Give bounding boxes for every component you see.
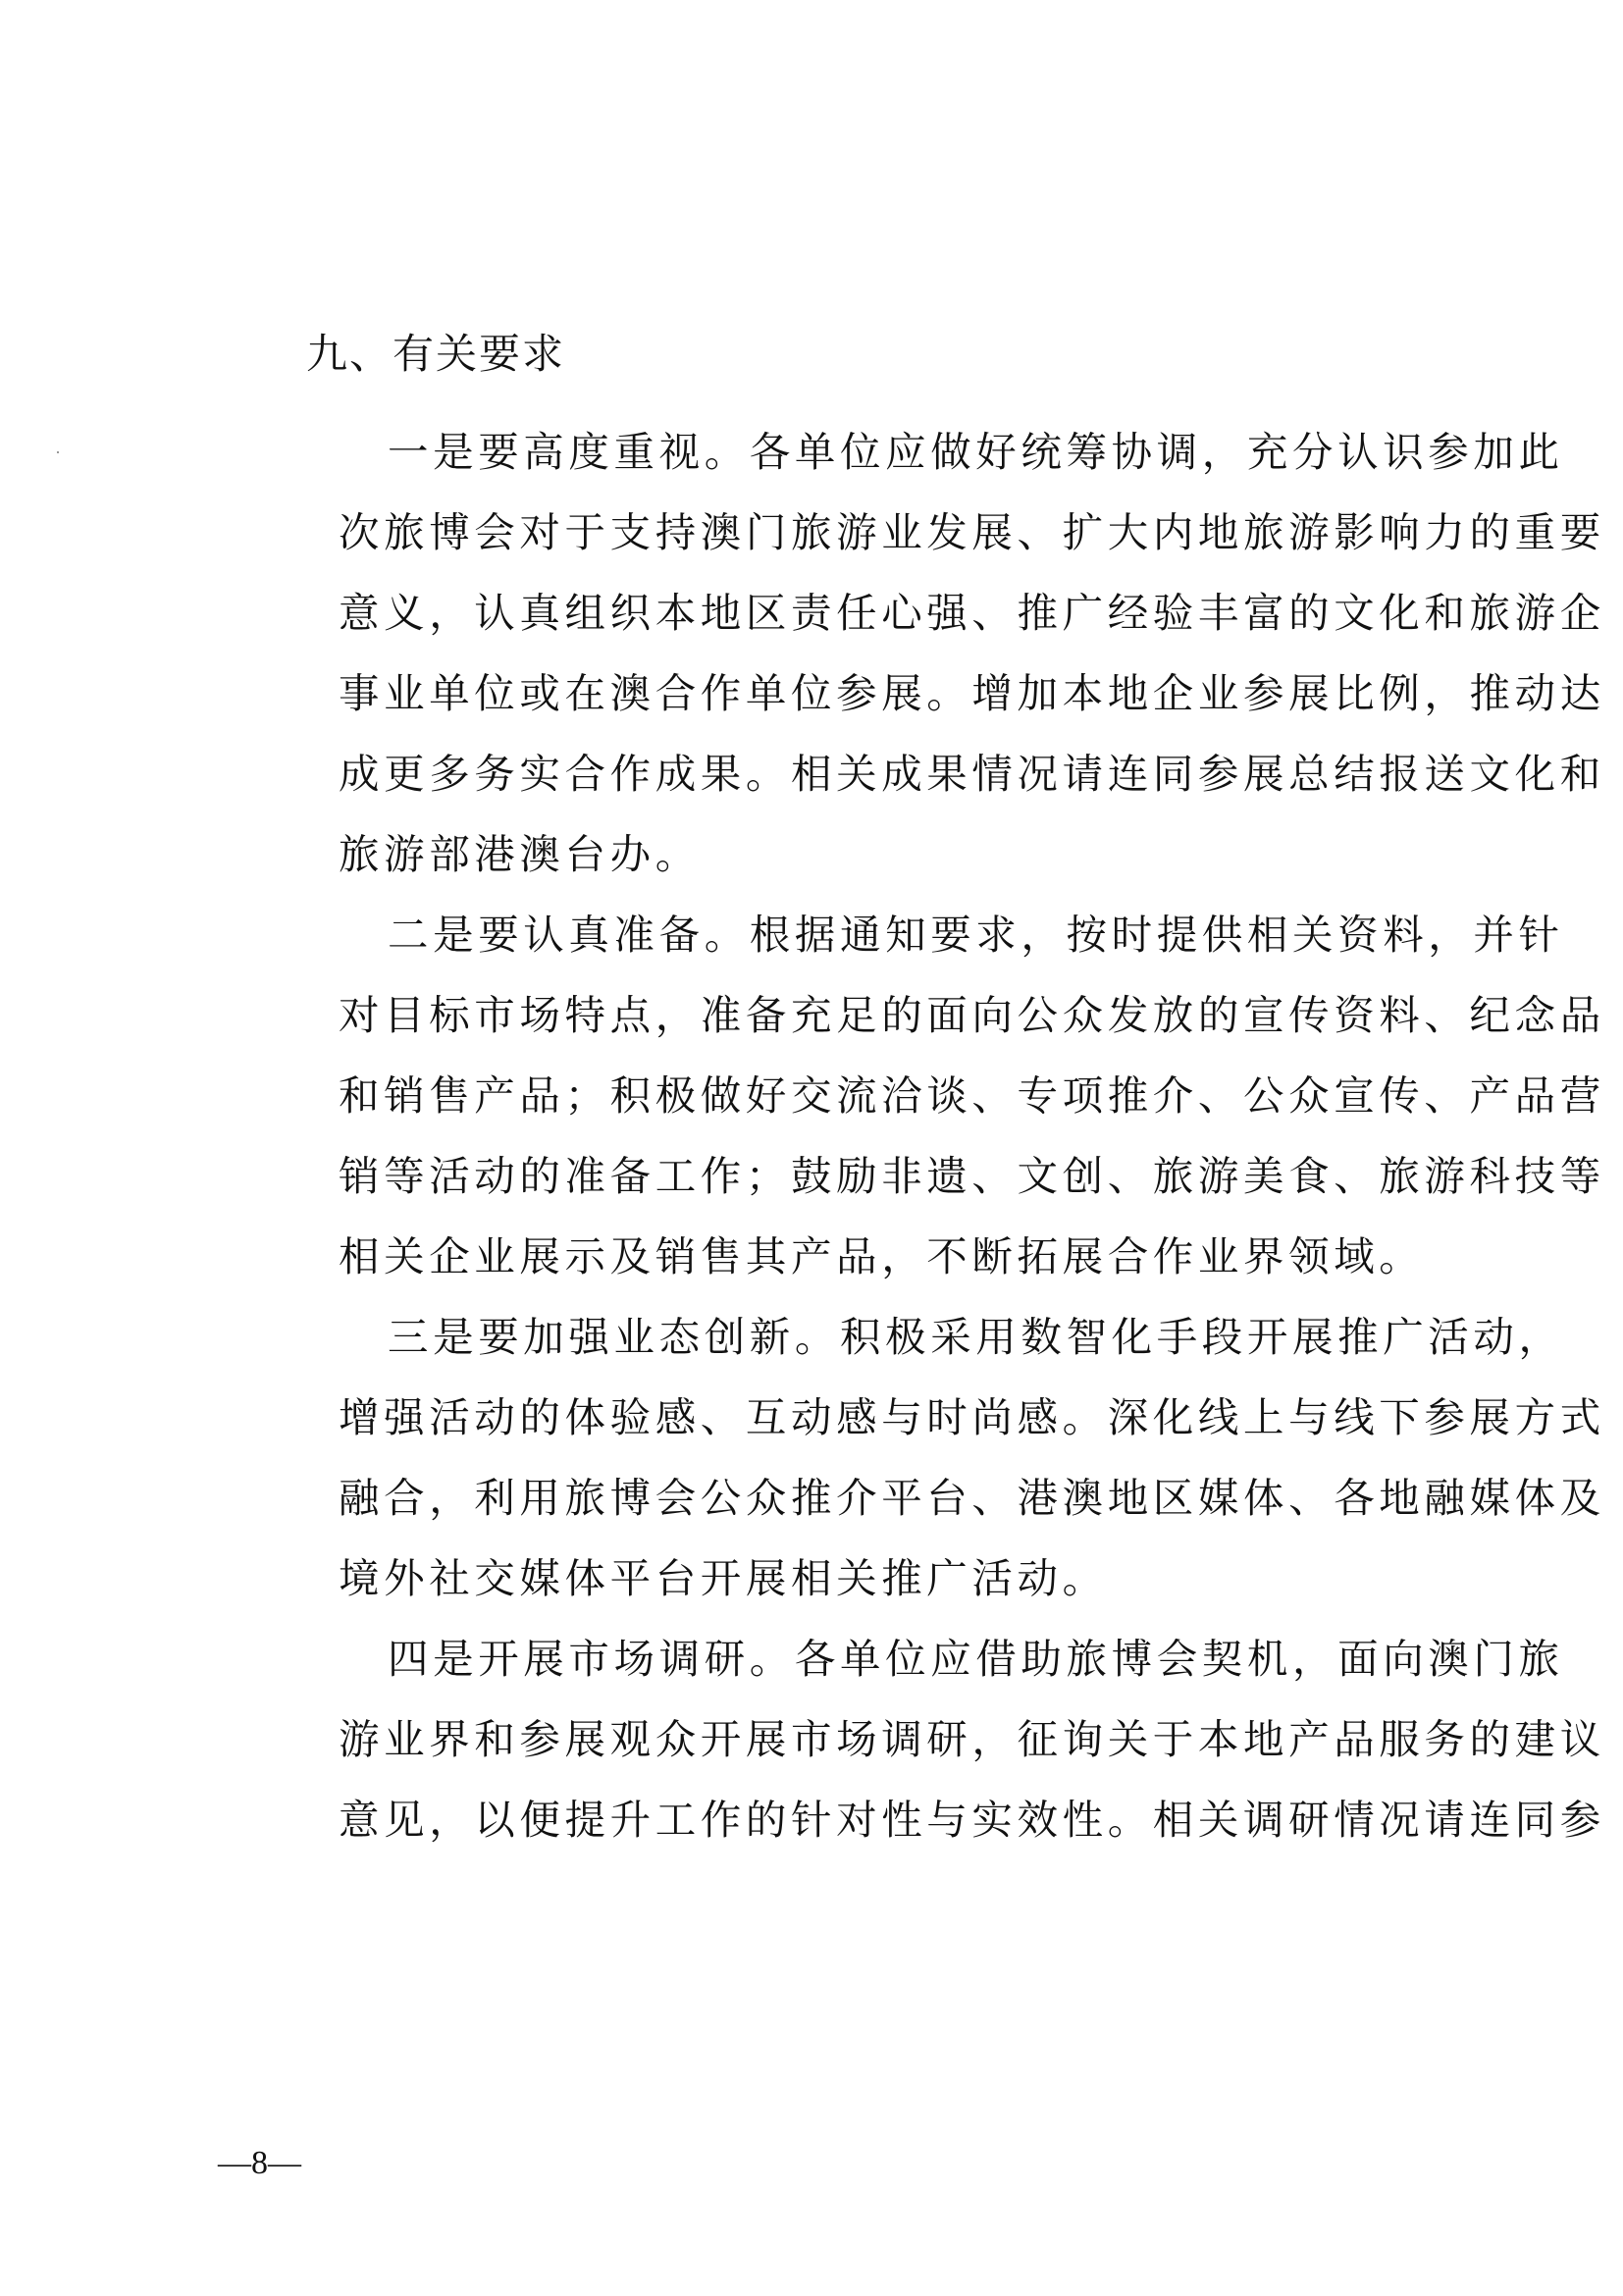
text-line: 销等活动的准备工作；鼓励非遗、文创、旅游美食、旅游科技等 [257, 1136, 1435, 1217]
paragraph-1: 一是要高度重视。各单位应做好统筹协调，充分认识参加此 次旅博会对于支持澳门旅游业… [257, 412, 1435, 895]
text-line: 四是开展市场调研。各单位应借助旅博会契机，面向澳门旅 [257, 1619, 1435, 1699]
text-line: 事业单位或在澳合作单位参展。增加本地企业参展比例，推动达 [257, 653, 1435, 734]
text-line: 融合，利用旅博会公众推介平台、港澳地区媒体、各地融媒体及 [257, 1458, 1435, 1539]
section-heading: 九、有关要求 [306, 330, 565, 379]
text-line: 次旅博会对于支持澳门旅游业发展、扩大内地旅游影响力的重要 [257, 493, 1435, 573]
paragraph-3: 三是要加强业态创新。积极采用数智化手段开展推广活动， 增强活动的体验感、互动感与… [257, 1297, 1435, 1619]
paragraph-2: 二是要认真准备。根据通知要求，按时提供相关资料，并针 对目标市场特点，准备充足的… [257, 895, 1435, 1297]
text-line: 游业界和参展观众开展市场调研，征询关于本地产品服务的建议 [257, 1699, 1435, 1780]
text-line: 相关企业展示及销售其产品，不断拓展合作业界领域。 [257, 1217, 1435, 1297]
text-line: 成更多务实合作成果。相关成果情况请连同参展总结报送文化和 [257, 734, 1435, 814]
text-line: 境外社交媒体平台开展相关推广活动。 [257, 1539, 1435, 1619]
text-line: 二是要认真准备。根据通知要求，按时提供相关资料，并针 [257, 895, 1435, 975]
text-line: 和销售产品；积极做好交流洽谈、专项推介、公众宣传、产品营 [257, 1056, 1435, 1136]
scan-speck [57, 451, 59, 453]
text-line: 意见，以便提升工作的针对性与实效性。相关调研情况请连同参 [257, 1780, 1435, 1860]
text-line: 意义，认真组织本地区责任心强、推广经验丰富的文化和旅游企 [257, 573, 1435, 653]
text-line: 增强活动的体验感、互动感与时尚感。深化线上与线下参展方式 [257, 1378, 1435, 1458]
text-line: 一是要高度重视。各单位应做好统筹协调，充分认识参加此 [257, 412, 1435, 493]
text-line: 三是要加强业态创新。积极采用数智化手段开展推广活动， [257, 1297, 1435, 1378]
paragraph-4: 四是开展市场调研。各单位应借助旅博会契机，面向澳门旅 游业界和参展观众开展市场调… [257, 1619, 1435, 1860]
body-text: 一是要高度重视。各单位应做好统筹协调，充分认识参加此 次旅博会对于支持澳门旅游业… [257, 412, 1435, 1860]
document-page: 九、有关要求 一是要高度重视。各单位应做好统筹协调，充分认识参加此 次旅博会对于… [0, 0, 1623, 2296]
text-line: 对目标市场特点，准备充足的面向公众发放的宣传资料、纪念品 [257, 975, 1435, 1056]
text-line: 旅游部港澳台办。 [257, 814, 1435, 895]
page-number: —8— [218, 2145, 301, 2182]
